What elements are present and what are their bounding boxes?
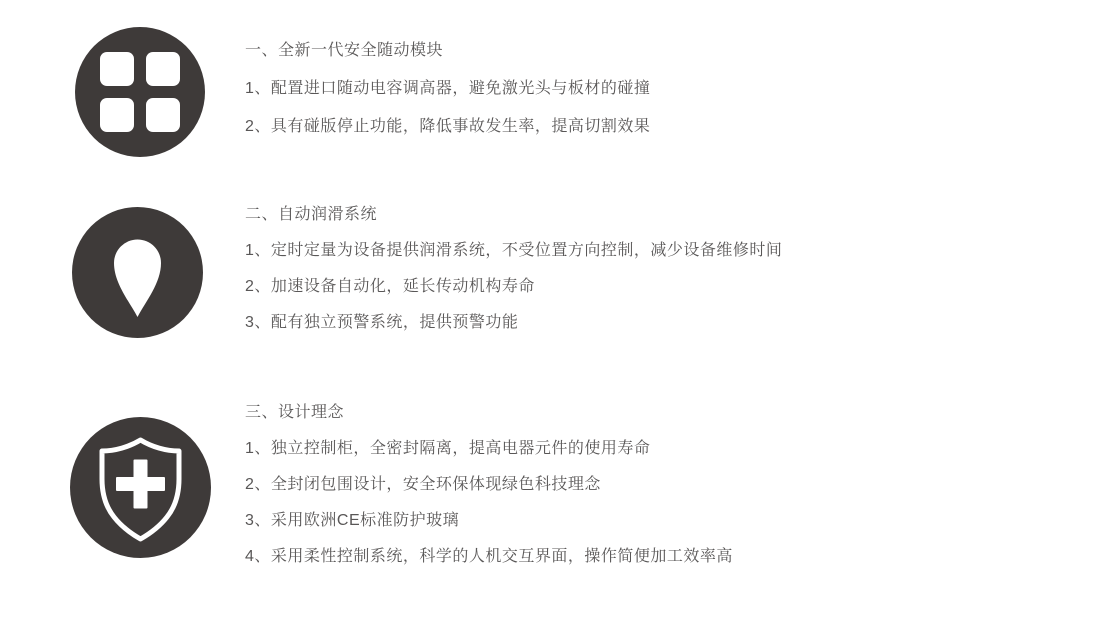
section-3-item-4: 4、采用柔性控制系统，科学的人机交互界面，操作简便加工效率高 [245,536,733,572]
section-2-title: 二、自动润滑系统 [245,194,782,230]
section-2-item-3: 3、配有独立预警系统，提供预警功能 [245,302,782,338]
section-3-item-3: 3、采用欧洲CE标准防护玻璃 [245,500,733,536]
grid-modules-icon [75,27,205,157]
feature-slide: 一、全新一代安全随动模块 1、配置进口随动电容调高器，避免激光头与板材的碰撞 2… [0,0,1100,624]
section-2-item-2: 2、加速设备自动化，延长传动机构寿命 [245,266,782,302]
section-1-text: 一、全新一代安全随动模块 1、配置进口随动电容调高器，避免激光头与板材的碰撞 2… [245,29,650,143]
location-pin-icon [72,207,203,338]
section-1-title: 一、全新一代安全随动模块 [245,29,650,67]
section-2-item-1: 1、定时定量为设备提供润滑系统，不受位置方向控制，减少设备维修时间 [245,230,782,266]
section-1-item-2: 2、具有碰版停止功能，降低事故发生率，提高切割效果 [245,105,650,143]
shield-plus-icon [70,417,211,558]
section-3-title: 三、设计理念 [245,392,733,428]
section-1-item-1: 1、配置进口随动电容调高器，避免激光头与板材的碰撞 [245,67,650,105]
section-2-text: 二、自动润滑系统 1、定时定量为设备提供润滑系统，不受位置方向控制，减少设备维修… [245,194,782,338]
section-3-item-2: 2、全封闭包围设计，安全环保体现绿色科技理念 [245,464,733,500]
section-3-item-1: 1、独立控制柜，全密封隔离，提高电器元件的使用寿命 [245,428,733,464]
section-3-text: 三、设计理念 1、独立控制柜，全密封隔离，提高电器元件的使用寿命 2、全封闭包围… [245,392,733,572]
